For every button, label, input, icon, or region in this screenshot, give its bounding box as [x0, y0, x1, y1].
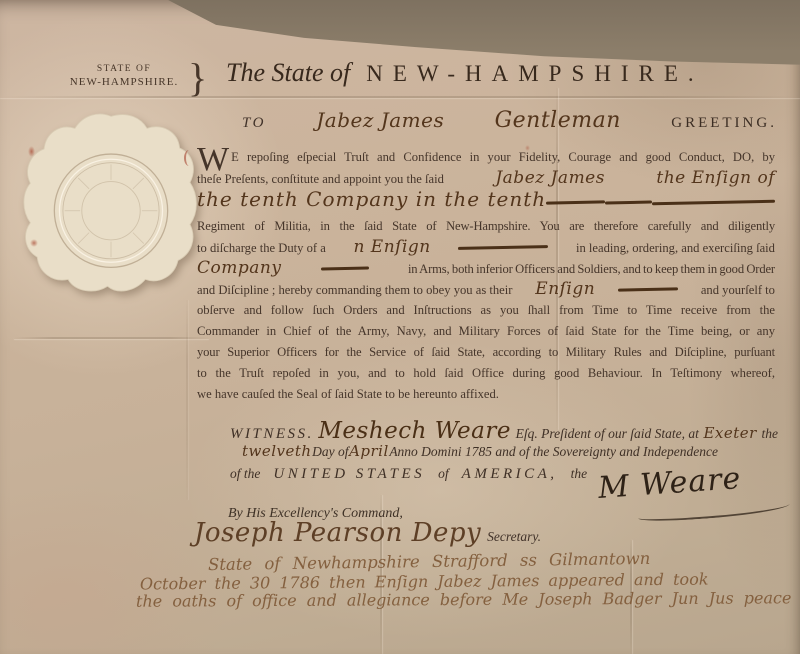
greeting-label: GREETING.: [671, 115, 777, 132]
body-line: to the Truſt repoſed in you, and to hold…: [197, 363, 775, 384]
recipient-rank-handwritten: Gentleman: [495, 108, 621, 133]
horizontal-fold-crease: [0, 96, 800, 98]
body-line: and Diſcipline ; hereby commanding them …: [197, 279, 775, 300]
state-caption: STATE OF NEW-HAMPSHIRE.: [58, 64, 190, 90]
body-line: we have cauſed the Seal of ſaid State to…: [197, 384, 775, 405]
body-line-text: in Arms, both inferior Officers and Sold…: [408, 259, 775, 280]
ink-stroke: [618, 287, 678, 291]
ink-stroke: [321, 266, 369, 270]
body-line: Commander in Chief of the Army, Navy, an…: [197, 321, 775, 342]
month-handwritten: April: [349, 442, 389, 460]
state-caption-line1: STATE OF: [58, 64, 190, 76]
vertical-fold-crease: [186, 300, 188, 500]
body-line-text: and Diſcipline ; hereby commanding them …: [197, 280, 512, 301]
red-wax-speck: [28, 146, 35, 157]
body-line: your Superior Officers for the Service o…: [197, 342, 775, 363]
rank-handwritten: the Enſign of: [656, 168, 775, 189]
state-caption-line2: NEW-HAMPSHIRE.: [58, 76, 190, 90]
rank-handwritten: n Enſign: [353, 237, 430, 258]
document-photo: STATE OF NEW-HAMPSHIRE. } The State of N…: [0, 0, 800, 654]
secretary-label: Secretary.: [487, 529, 541, 545]
body-line-text: in leading, ordering, and exerciſing ſai…: [576, 238, 775, 259]
horizontal-fold-crease: [14, 337, 209, 339]
body-line-text: to diſcharge the Duty of a: [197, 238, 326, 259]
commission-body-text: WE repoſing eſpecial Truſt and Confidenc…: [197, 147, 775, 405]
body-line: Regiment of Militia, in the ſaid State o…: [197, 216, 775, 237]
body-line: Company in Arms, both inferior Officers …: [197, 258, 775, 279]
witness-print-text: of: [438, 466, 449, 482]
document-title: The State of NEW-HAMPSHIRE.: [226, 58, 704, 88]
witness-print-text: Eſq. Preſident of our ſaid State, at: [516, 426, 699, 442]
to-label: TO: [242, 115, 266, 132]
name-handwritten: Jabez James: [495, 168, 605, 189]
ink-stroke: [652, 200, 775, 206]
red-ink-mark: [184, 150, 194, 166]
witness-print-text: the: [761, 426, 778, 442]
secretary-signature-handwritten: Joseph Pearson Depy: [194, 518, 481, 548]
ink-stroke: [458, 245, 548, 250]
secretary-line: Joseph Pearson Depy Secretary.: [194, 518, 541, 548]
caption-brace: }: [188, 54, 207, 101]
red-wax-speck: [30, 239, 38, 247]
witness-print-text: Day of: [312, 444, 348, 460]
place-handwritten: Exeter: [703, 424, 756, 442]
rank-handwritten: Enſign: [535, 279, 595, 300]
body-line: WE repoſing eſpecial Truſt and Confidenc…: [197, 147, 775, 168]
ink-stroke: [546, 200, 605, 204]
president-name-handwritten: Meshech Weare: [318, 418, 511, 444]
ink-stroke: [605, 201, 652, 205]
body-line-text: E repoſing eſpecial Truſt and Confidence…: [231, 150, 775, 164]
embossed-state-seal-icon: [20, 102, 202, 304]
body-line: theſe Preſents, conſtitute and appoint y…: [197, 168, 775, 189]
body-line-text: and yourſelf to: [701, 280, 775, 301]
witness-print-text: Anno Domini 1785 and of the Sovereignty …: [389, 444, 718, 460]
title-prefix: The State of: [226, 58, 350, 87]
company-handwritten: the tenth Company in the tenth: [197, 189, 546, 210]
title-state-name: NEW-HAMPSHIRE.: [366, 61, 703, 86]
body-line: obſerve and follow ſuch Orders and Inſtr…: [197, 300, 775, 321]
witness-line2: twelveth Day of April Anno Domini 1785 a…: [230, 442, 778, 466]
witness-print-text: of the: [230, 466, 260, 482]
witness-print-text: the: [571, 466, 588, 482]
company-handwritten: Company: [197, 258, 281, 279]
america-label: AMERICA,: [462, 466, 558, 483]
witness-line1: WITNESS. Meshech Weare Eſq. Preſident of…: [230, 418, 778, 442]
body-line-handwritten: the tenth Company in the tenth: [197, 189, 775, 216]
united-states-label: UNITED STATES: [273, 466, 425, 483]
witness-label: WITNESS.: [230, 426, 314, 443]
oath-note-line3-handwritten: the oaths of office and allegiance befor…: [136, 588, 792, 610]
commission-document-paper: STATE OF NEW-HAMPSHIRE. } The State of N…: [0, 0, 800, 654]
body-line: to diſcharge the Duty of a n Enſign in l…: [197, 237, 775, 258]
recipient-name-handwritten: Jabez James: [316, 108, 444, 132]
salutation-line: TO Jabez James Gentleman GREETING.: [242, 108, 777, 133]
day-handwritten: twelveth: [242, 442, 312, 460]
signature-flourish: [638, 501, 790, 524]
